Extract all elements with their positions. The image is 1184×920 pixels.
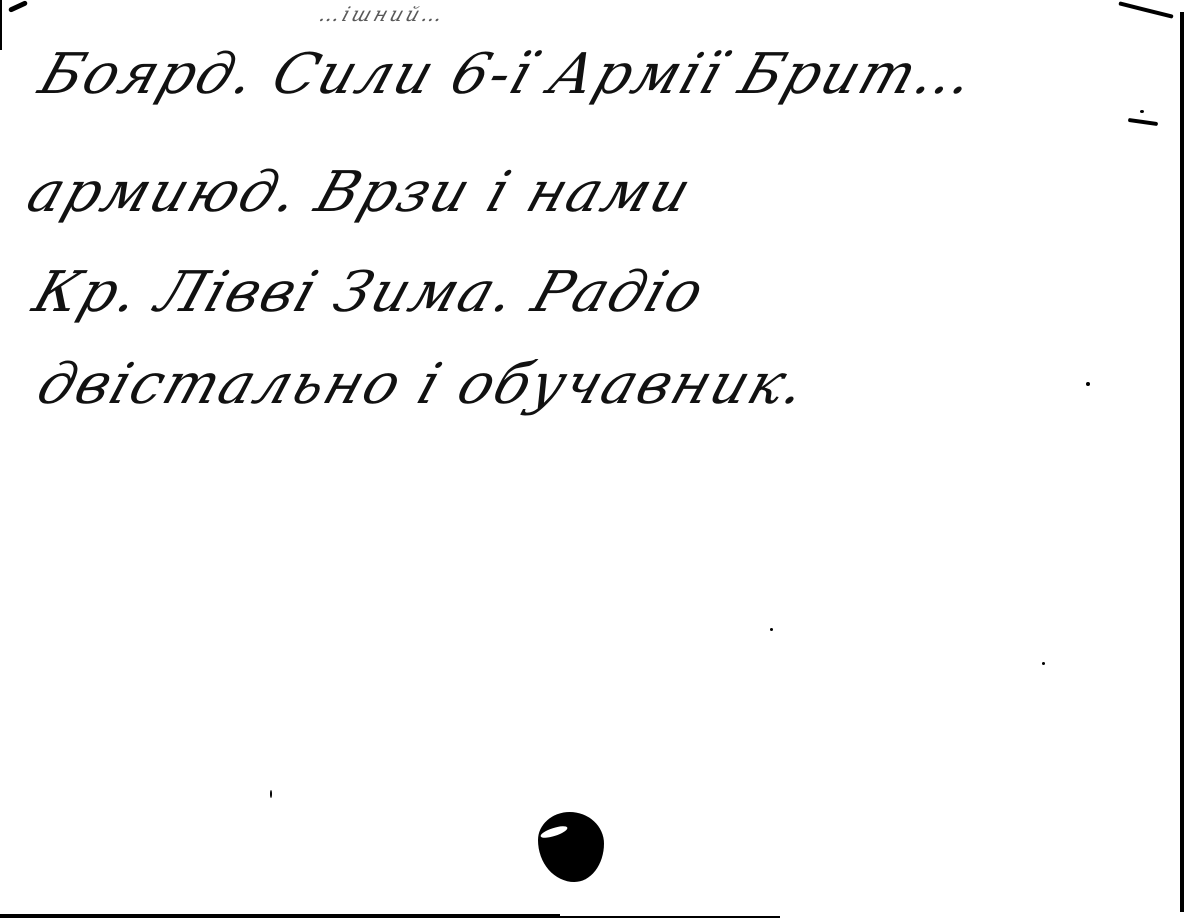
corner-ink-mark [8, 0, 28, 13]
ink-speck [770, 628, 773, 631]
card-edge-left [0, 0, 2, 50]
card-edge-bottom-thin [560, 916, 780, 918]
card-edge-bottom [0, 914, 560, 918]
ink-blot-icon [538, 812, 604, 882]
handwritten-line-4: двістально і обучавник. [29, 352, 816, 417]
ink-speck [1042, 662, 1045, 665]
handwritten-line-1: Боярд. Сили 6-ї Армії Брит… [31, 42, 984, 107]
ink-speck [270, 790, 272, 798]
index-card: …ішний… Боярд. Сили 6-ї Армії Брит… арми… [0, 0, 1184, 920]
ink-speck [1140, 110, 1144, 113]
card-edge-right [1180, 12, 1184, 912]
ink-speck [1086, 382, 1090, 386]
handwritten-line-2: армиюд. Врзи і нами [19, 160, 700, 225]
top-right-ink-stroke [1118, 1, 1173, 18]
superscript-note: …ішний… [316, 2, 449, 26]
handwritten-line-3: Кр. Лівві Зима. Радіо [25, 260, 713, 325]
top-right-underline-stroke [1128, 118, 1158, 126]
